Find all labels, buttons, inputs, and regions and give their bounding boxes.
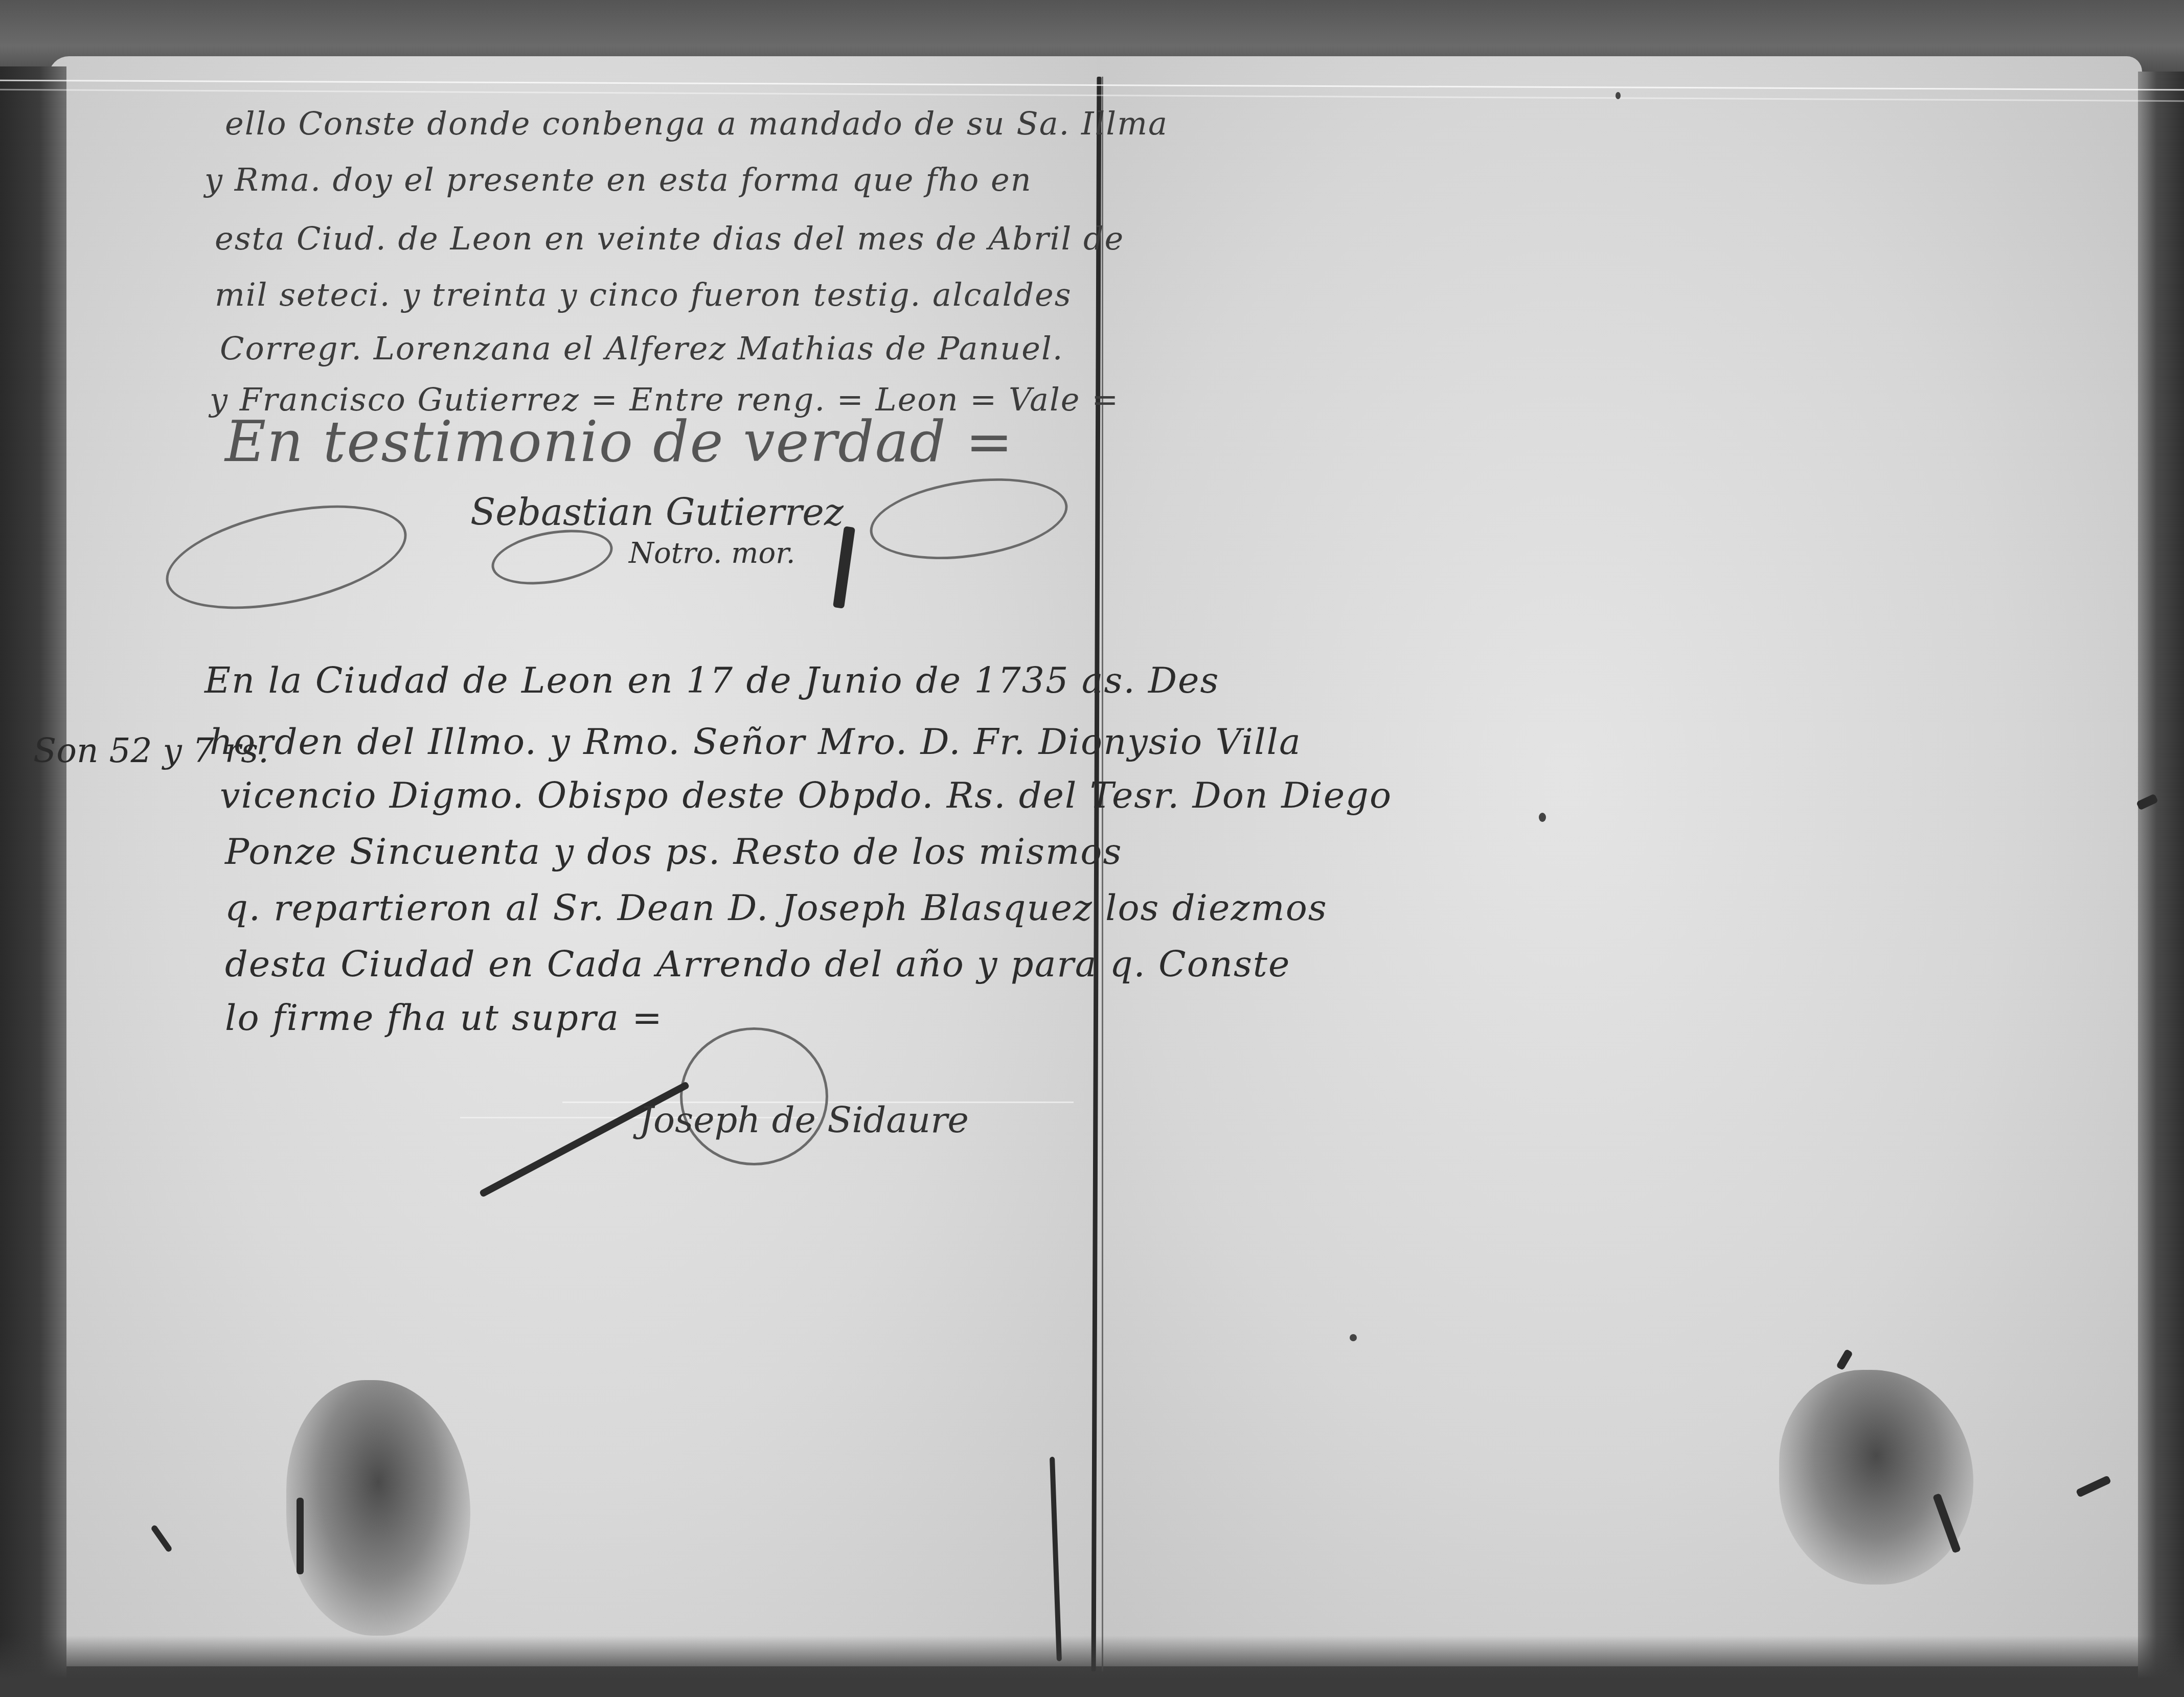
- lower-text-line: Ponze Sincuenta y dos ps. Resto de los m…: [225, 831, 1122, 873]
- speck: [1616, 92, 1621, 99]
- lower-text-line: En la Ciudad de Leon en 17 de Junio de 1…: [204, 659, 1219, 701]
- lower-text-line: desta Ciudad en Cada Arrendo del año y p…: [225, 943, 1290, 985]
- bottom-edge-shadow: [0, 1636, 2184, 1697]
- attestation-heading: En testimonio de verdad =: [225, 409, 1014, 474]
- upper-text-line: y Rma. doy el presente en esta forma que…: [204, 161, 1032, 198]
- lower-text-line: horden del Illmo. y Rmo. Señor Mro. D. F…: [210, 721, 1302, 763]
- notary-signature-title: Notro. mor.: [629, 537, 795, 570]
- lower-text-line: q. repartieron al Sr. Dean D. Joseph Bla…: [225, 887, 1328, 929]
- left-book-edge: [0, 66, 66, 1697]
- lower-text-line: vicencio Digmo. Obispo deste Obpdo. Rs. …: [220, 774, 1392, 816]
- page-gutter-shadow: [1102, 77, 1103, 1671]
- upper-text-line: mil seteci. y treinta y cinco fueron tes…: [215, 276, 1072, 313]
- speck: [1539, 813, 1546, 822]
- closing-signature-flourish: [680, 1027, 828, 1165]
- upper-text-line: esta Ciud. de Leon en veinte dias del me…: [215, 220, 1124, 257]
- right-page: [1097, 56, 2142, 1666]
- speck: [1350, 1334, 1357, 1341]
- right-book-edge: [2138, 72, 2184, 1697]
- upper-text-line: Corregr. Lorenzana el Alferez Mathias de…: [220, 330, 1064, 367]
- notary-signature-name: Sebastian Gutierrez: [470, 491, 844, 534]
- upper-text-line: ello Conste donde conbenga a mandado de …: [225, 105, 1168, 142]
- lower-text-line: lo firme fha ut supra =: [225, 997, 663, 1039]
- ink-mark: [297, 1498, 304, 1574]
- closing-signature: Joseph de Sidaure: [639, 1099, 969, 1141]
